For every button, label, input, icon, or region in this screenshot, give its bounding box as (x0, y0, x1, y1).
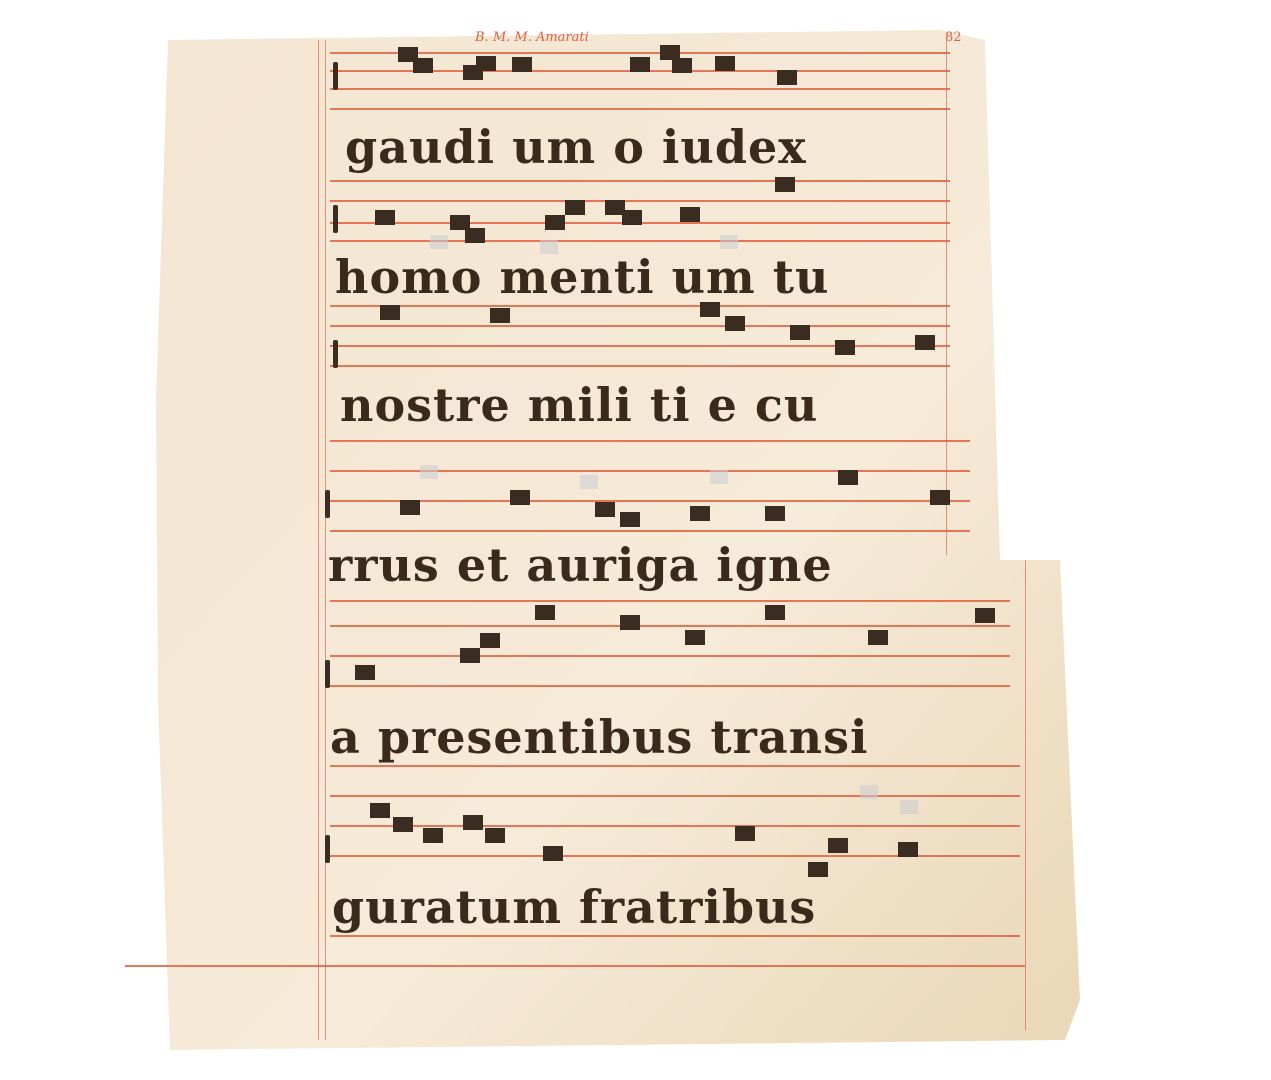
staff-line (330, 765, 1020, 767)
neume (930, 490, 950, 505)
show-through-mark (860, 785, 878, 799)
ruling-line (1025, 560, 1026, 1030)
neume (535, 605, 555, 620)
neume (765, 506, 785, 521)
staff-line (330, 180, 950, 182)
neume (465, 228, 485, 243)
neume (413, 58, 433, 73)
staff-line (330, 365, 950, 367)
manuscript-leaf: B. M. M. Amarati 82 gaudi um o iudex hom… (0, 0, 1271, 1080)
neume (685, 630, 705, 645)
neume (630, 57, 650, 72)
staff-line (330, 825, 1020, 827)
staff-line (330, 305, 950, 307)
staff-line (330, 655, 1010, 657)
lyric-line-2: homo menti um tu (335, 250, 829, 304)
show-through-mark (420, 465, 438, 479)
neume (370, 803, 390, 818)
staff-line (330, 325, 950, 327)
ruling-line (325, 40, 326, 1040)
neume (460, 648, 480, 663)
staff-line (330, 935, 1020, 937)
clef-icon (325, 835, 330, 863)
staff-line (330, 530, 970, 532)
neume (510, 490, 530, 505)
neume (476, 56, 496, 71)
neume (423, 828, 443, 843)
lyric-line-1: gaudi um o iudex (345, 120, 807, 174)
neume (672, 58, 692, 73)
staff-line (330, 625, 1010, 627)
show-through-mark (580, 475, 598, 489)
neume (595, 502, 615, 517)
neume (975, 608, 995, 623)
clef-icon (333, 62, 338, 90)
rubric-heading: B. M. M. Amarati (475, 30, 589, 45)
neume (898, 842, 918, 857)
clef-icon (325, 660, 330, 688)
neume (725, 316, 745, 331)
neume (765, 605, 785, 620)
neume (715, 56, 735, 71)
neume (355, 665, 375, 680)
neume (512, 57, 532, 72)
neume (380, 305, 400, 320)
staff-line (330, 240, 950, 242)
staff-line (125, 965, 1025, 967)
neume (828, 838, 848, 853)
staff-line (330, 345, 950, 347)
staff-line (330, 795, 1020, 797)
show-through-mark (430, 235, 448, 249)
lyric-line-6: guratum fratribus (332, 880, 816, 934)
staff-line (330, 600, 1010, 602)
staff-line (330, 440, 970, 442)
neume (915, 335, 935, 350)
clef-icon (325, 490, 330, 518)
clef-icon (333, 205, 338, 233)
neume (485, 828, 505, 843)
neume (545, 215, 565, 230)
lyric-line-3: nostre mili ti e cu (340, 378, 818, 432)
neume (620, 615, 640, 630)
clef-icon (333, 340, 338, 368)
lyric-line-4: rrus et auriga igne (328, 538, 833, 592)
neume (622, 210, 642, 225)
neume (790, 325, 810, 340)
neume (543, 846, 563, 861)
staff-line (330, 200, 950, 202)
neume (868, 630, 888, 645)
neume (835, 340, 855, 355)
neume (777, 70, 797, 85)
staff-line (330, 88, 950, 90)
neume (400, 500, 420, 515)
neume (735, 826, 755, 841)
staff-line (330, 52, 950, 54)
neume (620, 512, 640, 527)
staff-line (330, 108, 950, 110)
staff-line (330, 500, 970, 502)
show-through-mark (720, 235, 738, 249)
neume (680, 207, 700, 222)
neume (490, 308, 510, 323)
show-through-mark (540, 240, 558, 254)
neume (463, 815, 483, 830)
neume (565, 200, 585, 215)
lyric-line-5: a presentibus transi (330, 710, 868, 764)
show-through-mark (710, 470, 728, 484)
neume (393, 817, 413, 832)
neume (480, 633, 500, 648)
neume (808, 862, 828, 877)
neume (690, 506, 710, 521)
neume (775, 177, 795, 192)
show-through-mark (900, 800, 918, 814)
neume (700, 302, 720, 317)
folio-number: 82 (945, 30, 962, 45)
staff-line (330, 685, 1010, 687)
neume (838, 470, 858, 485)
ruling-line (318, 40, 319, 1040)
neume (375, 210, 395, 225)
ruling-line (946, 35, 947, 555)
